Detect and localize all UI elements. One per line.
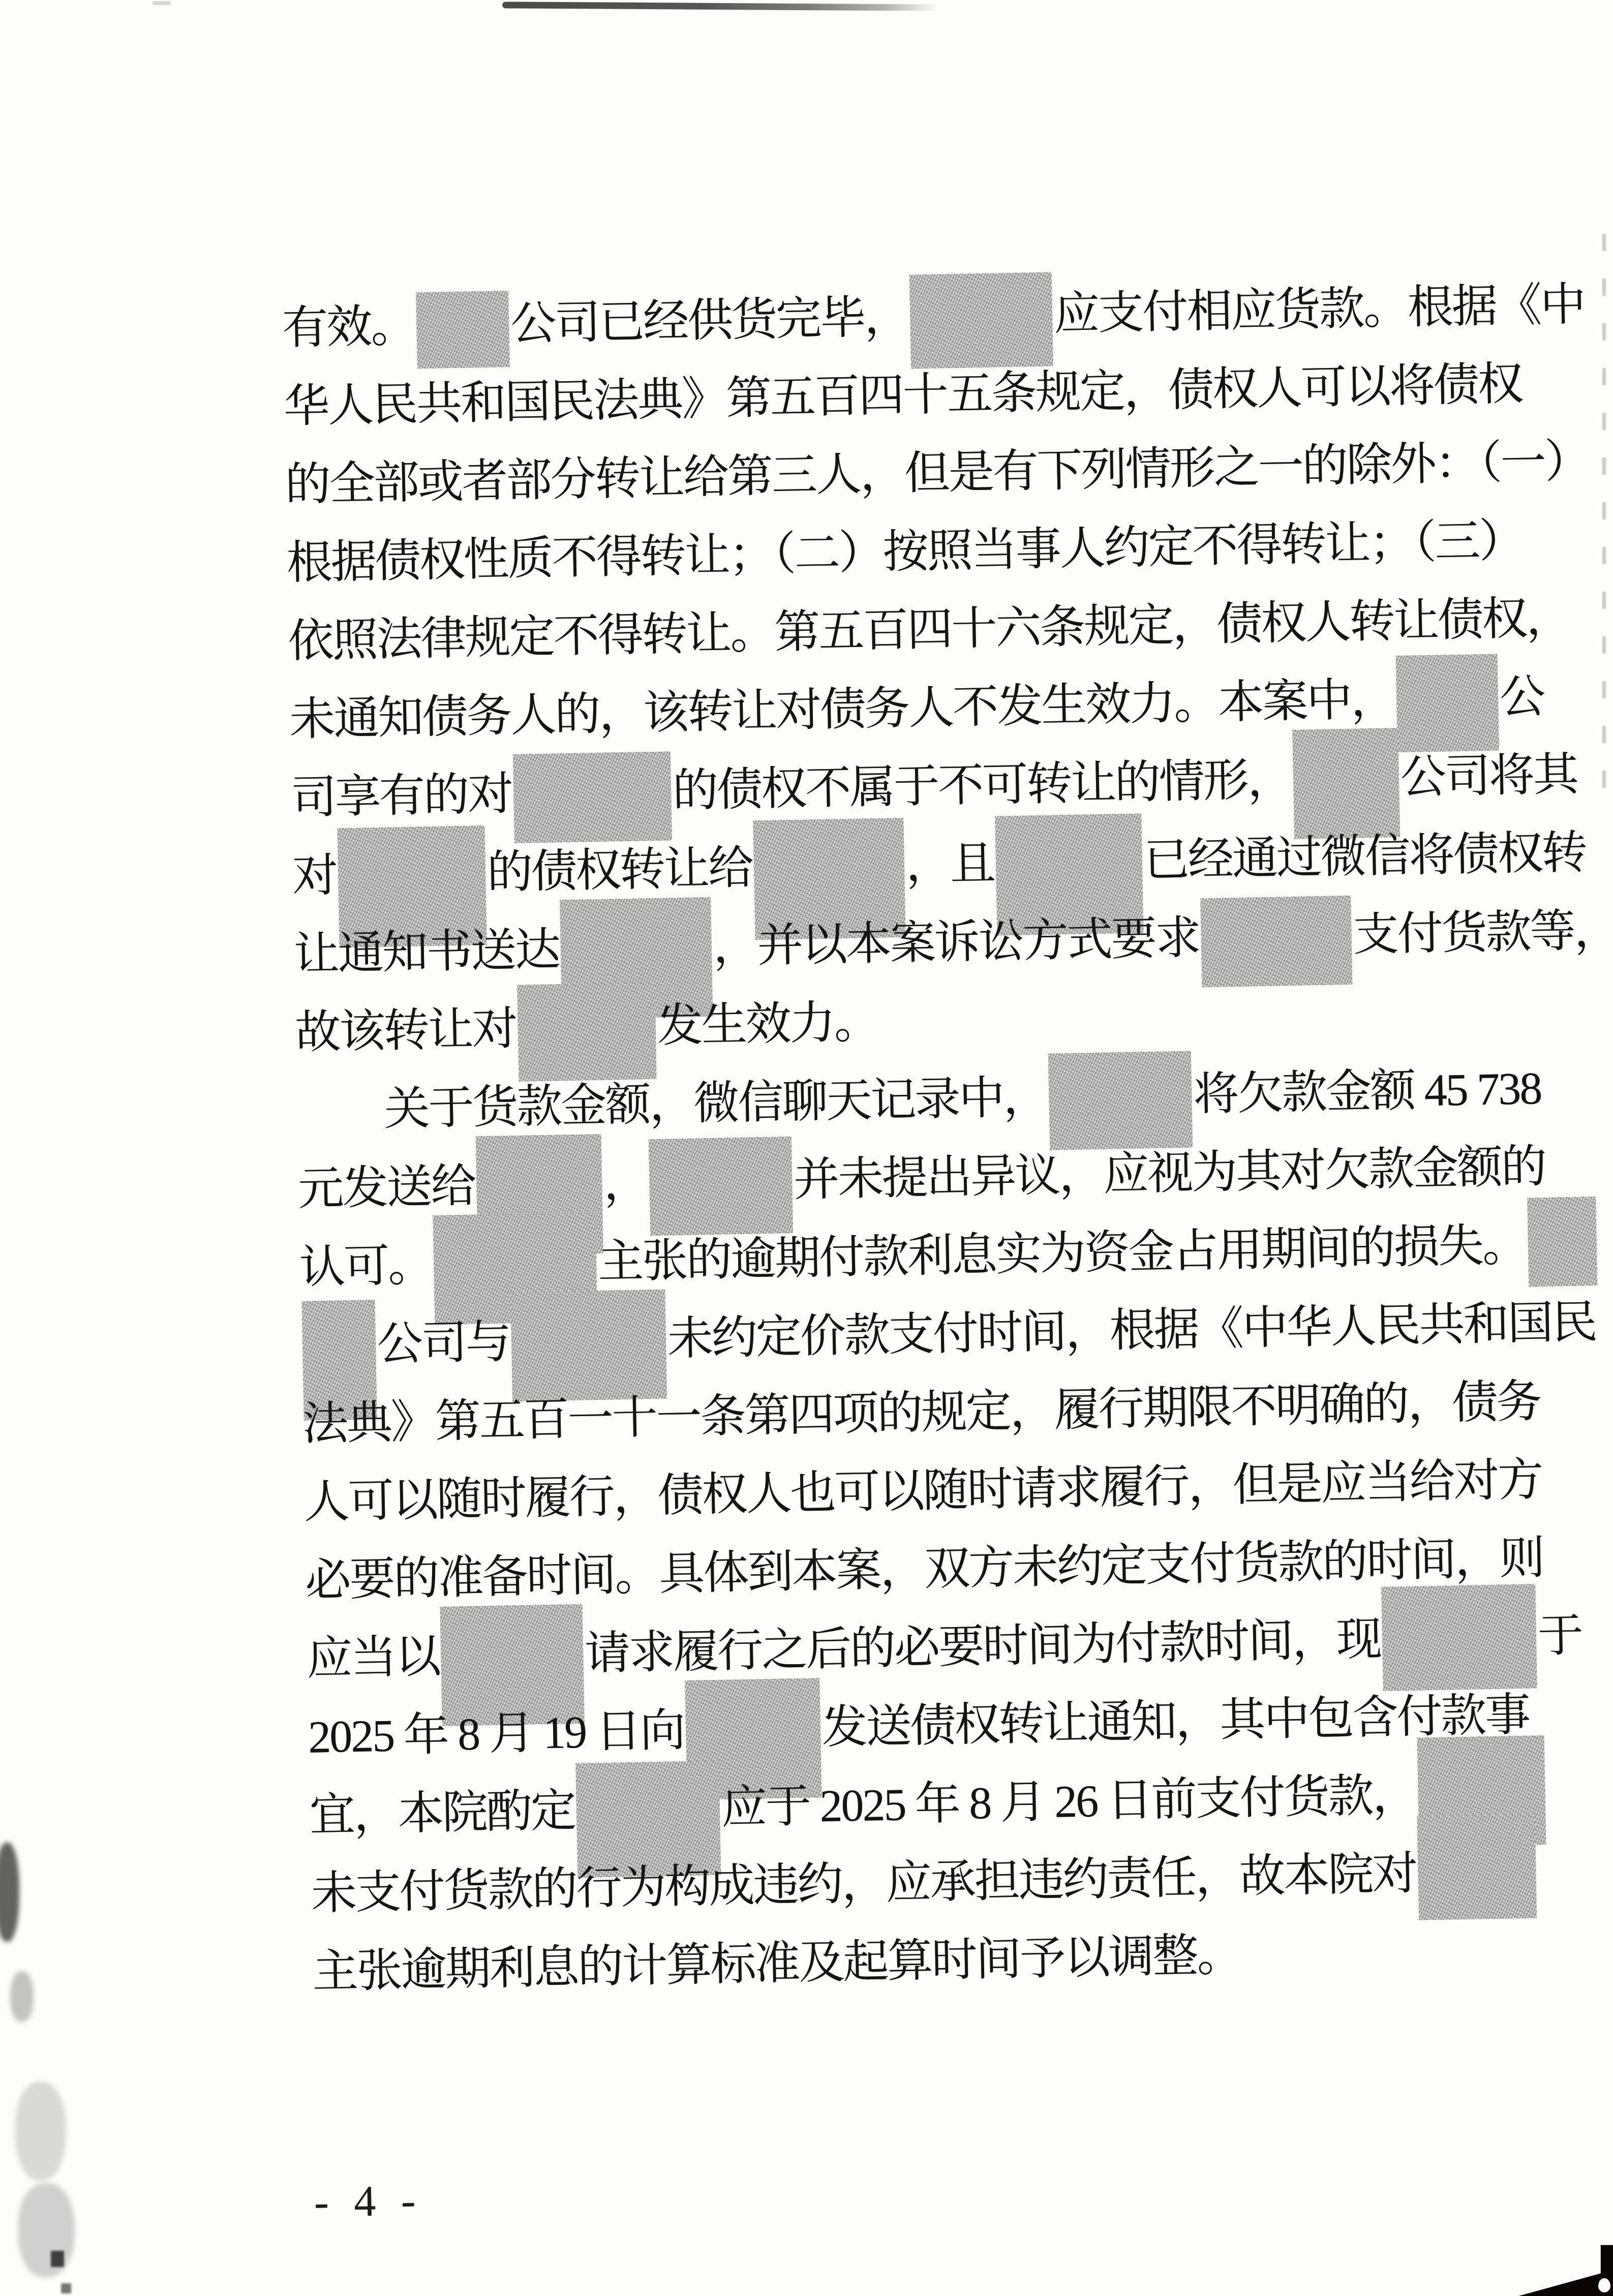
- scan-artifact-left-smudge: [18, 2183, 75, 2277]
- text-segment: 应于 2025 年 8 月 26 日前支付货款，: [721, 1770, 1417, 1833]
- text-segment: 人可以随时履行，债权人也可以随时请求履行，但是应当给对方: [303, 1455, 1542, 1528]
- text-segment: 司享有的对: [290, 769, 512, 823]
- text-segment: 的全部或者部分转让给第三人，但是有下列情形之一的除外：（一）: [285, 436, 1589, 510]
- text-segment: 将欠款金额 45 738: [1193, 1063, 1541, 1120]
- text-segment: 的债权转让给: [486, 843, 753, 898]
- text-segment: 公司已经供货完毕，: [510, 292, 909, 350]
- text-segment: 对: [292, 850, 337, 902]
- scan-artifact-left-smudge: [0, 1843, 19, 1942]
- text-segment: 应当以: [306, 1632, 440, 1685]
- redaction-box: [513, 751, 672, 843]
- text-segment: 必要的准备时间。具体到本案，双方未约定支付货款的时间，则: [305, 1533, 1544, 1606]
- text-segment: 主张的逾期付款利息实为资金占用期间的损失。: [597, 1220, 1527, 1288]
- text-segment: 2025 年 8 月 19 日向: [308, 1705, 684, 1763]
- redaction-box: [1200, 896, 1352, 987]
- document-body: 有效。公司已经供货完毕，应支付相应货款。根据《中华人民共和国民法典》第五百四十五…: [277, 0, 1613, 2296]
- scanned-document-page: 有效。公司已经供货完毕，应支付相应货款。根据《中华人民共和国民法典》第五百四十五…: [0, 0, 1613, 2296]
- text-segment: 未支付货款的行为构成违约，应承担违约责任，故本院对: [311, 1849, 1417, 1919]
- text-segment: 未通知债务人的，该转让对债务人不发生效力。本案中，: [289, 675, 1395, 745]
- scan-artifact-left-smudge: [10, 1971, 34, 2022]
- text-segment: 华人民共和国民法典》第五百四十五条规定，债权人可以将债权: [283, 359, 1522, 432]
- redaction-box: [416, 291, 510, 369]
- text-segment: 有效。: [282, 301, 416, 354]
- text-segment: 元发送给: [298, 1161, 476, 1214]
- text-segment: ，且: [905, 839, 995, 891]
- text-segment: ，: [603, 1158, 648, 1209]
- page-number: - 4 -: [314, 2169, 423, 2232]
- text-segment: 公司与: [377, 1317, 510, 1370]
- text-segment: 未约定价款支付时间，根据《中华人民共和国民: [667, 1297, 1597, 1364]
- text-segment: 支付货款等，: [1353, 905, 1613, 961]
- scan-artifact-top-dot: [153, 1, 171, 5]
- text-segment: 宜，本院酌定: [309, 1786, 575, 1841]
- text-segment: 故该转让对: [295, 1004, 517, 1058]
- text-segment: ，并以本案诉讼方式要求: [713, 913, 1200, 972]
- text-segment: 于: [1537, 1611, 1582, 1662]
- text-segment: 发生效力。: [657, 997, 879, 1052]
- text-segment: 主张逾期利息的计算标准及起算时间予以调整。: [312, 1930, 1242, 1997]
- text-segment: 并未提出异议，应视为其对欠款金额的: [793, 1142, 1546, 1206]
- redaction-box: [1417, 1814, 1537, 1920]
- text-segment: 认可。: [299, 1240, 433, 1293]
- text-segment: 关于货款金额，微信聊天记录中，: [384, 1073, 1048, 1135]
- scan-artifact-left-dot: [51, 2251, 64, 2267]
- text-segment: 请求履行之后的必要时间为付款时间，现: [584, 1614, 1381, 1679]
- text-segment: 让通知书送达: [293, 925, 560, 980]
- text-segment: 公: [1499, 672, 1544, 723]
- text-segment: 应支付相应货款。根据《中: [1053, 280, 1585, 340]
- text-line: 故该转让对发生效力。: [294, 984, 879, 1073]
- text-segment: 的债权不属于不可转让的情形，: [672, 755, 1292, 816]
- text-segment: 根据债权性质不得转让；（二）按照当事人约定不得转让；（三）: [286, 515, 1524, 589]
- scan-artifact-left-smudge: [15, 2081, 66, 2181]
- redaction-box: [1527, 1197, 1597, 1287]
- text-line: 主张逾期利息的计算标准及起算时间予以调整。: [312, 1916, 1242, 2011]
- scan-artifact-corner-notch: [1598, 2278, 1610, 2292]
- scan-artifact-left-dot: [61, 2283, 71, 2293]
- text-segment: 公司将其: [1400, 750, 1578, 803]
- redaction-box: [1381, 1584, 1537, 1691]
- text-segment: 已经通过微信将债权转: [1143, 828, 1587, 886]
- text-segment: 法典》第五百一十一条第四项的规定，履行期限不明确的，债务: [302, 1376, 1541, 1450]
- text-segment: 依照法律规定不得转让。第五百四十六条规定，债权人转让债权，: [288, 593, 1571, 667]
